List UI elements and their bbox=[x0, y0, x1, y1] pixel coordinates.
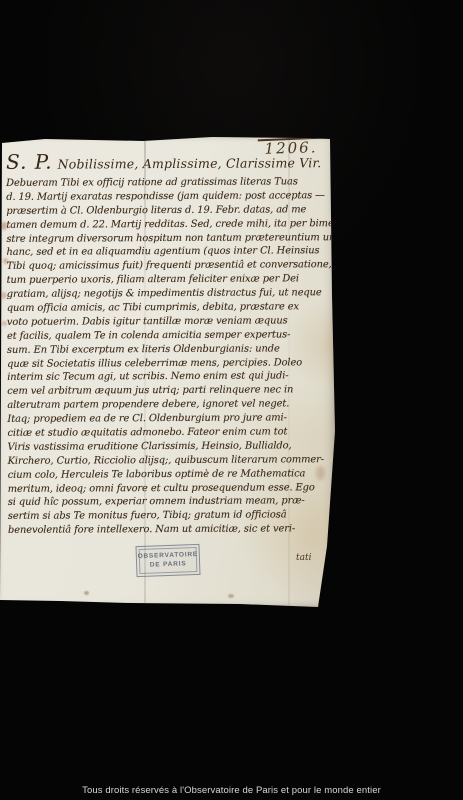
letter-line: benevolentiâ fore intellexero. Nam ut am… bbox=[8, 522, 332, 538]
foxing-stain bbox=[84, 591, 89, 595]
letter-body: S. P. Nobilissime, Amplissime, Clarissim… bbox=[6, 148, 332, 538]
observatory-stamp: OBSERVATOIRE DE PARIS bbox=[135, 544, 200, 577]
letter-line: præsertim à Cl. Oldenburgio literas d. 1… bbox=[6, 203, 330, 219]
letter-line: Kirchero, Curtio, Ricciolio alijsq;, qui… bbox=[8, 453, 332, 469]
salutation-initials: S. P. bbox=[6, 150, 53, 174]
foxing-stain bbox=[228, 594, 234, 598]
letter-line: voto potuerim. Dabis igitur tantillæ mor… bbox=[7, 314, 331, 330]
letter-line: d. 19. Martij exaratas respondisse (jam … bbox=[6, 189, 330, 205]
copyright-caption: Tous droits réservés à l'Observatoire de… bbox=[0, 785, 463, 796]
letter-line: cium colo, Herculeis Te laboribus optimè… bbox=[8, 467, 332, 483]
manuscript-page: 1206. S. P. Nobilissime, Amplissime, Cla… bbox=[0, 136, 336, 608]
photo-background: 1206. S. P. Nobilissime, Amplissime, Cla… bbox=[0, 0, 463, 800]
letter-salutation: S. P. Nobilissime, Amplissime, Clarissim… bbox=[6, 148, 330, 174]
letter-line: tamen demum d. 22. Martij redditas. Sed,… bbox=[6, 217, 330, 233]
catchword: tati bbox=[296, 553, 311, 563]
letter-line: Viris vastissima eruditione Clarissimis,… bbox=[8, 439, 332, 455]
stamp-text-line2: DE PARIS bbox=[150, 560, 187, 570]
salutation-text: Nobilissime, Amplissime, Clarissime Vir. bbox=[58, 155, 322, 171]
letter-line: et facilis, qualem Te in colenda amiciti… bbox=[7, 328, 331, 344]
observatory-stamp-border: OBSERVATOIRE DE PARIS bbox=[139, 547, 198, 574]
